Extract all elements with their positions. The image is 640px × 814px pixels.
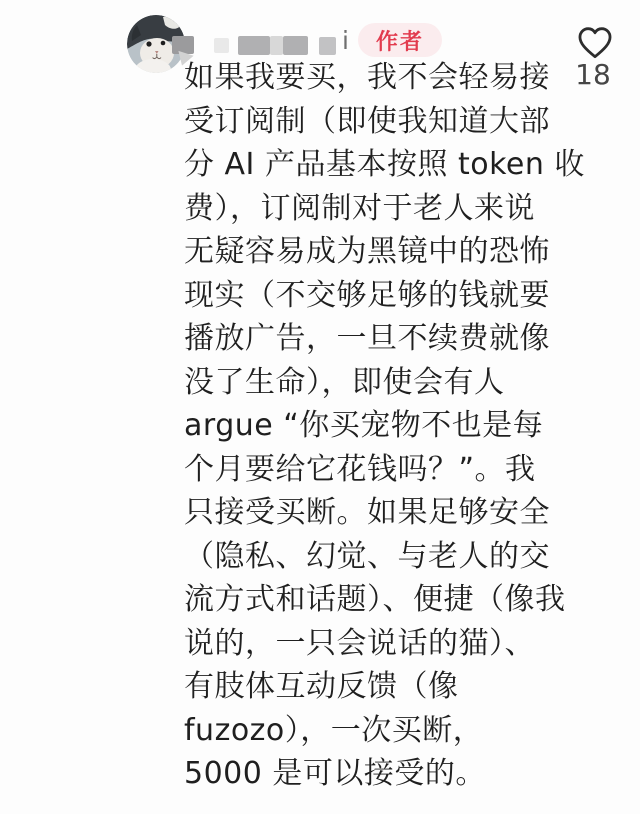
comment-text-line: 受订阅制（即使我知道大部 <box>184 100 574 144</box>
comment-text-line: 有肢体互动反馈（像 <box>184 665 574 709</box>
comment-text-line: 如果我要买，我不会轻易接 <box>184 56 574 100</box>
comment-text-line: fuzozo），一次买断， <box>184 709 574 753</box>
comment-text-line: 5000 是可以接受的。 <box>184 752 574 796</box>
comment-text-line: 流方式和话题）、便捷（像我 <box>184 578 574 622</box>
comment-text-line: 费），订阅制对于老人来说 <box>184 187 574 231</box>
username-visible-text: i <box>342 26 349 55</box>
username-censor-block <box>238 36 270 55</box>
comment-text-line: 播放广告，一旦不续费就像 <box>184 317 574 361</box>
comment-text-line: 现实（不交够足够的钱就要 <box>184 274 574 318</box>
comment-text-line: 分 AI 产品基本按照 token 收 <box>184 143 574 187</box>
comment-text-line: 说的，一只会说话的猫）、 <box>184 622 574 666</box>
comment-text-line: 无疑容易成为黑镜中的恐怖 <box>184 230 574 274</box>
username-censor-block <box>283 36 308 55</box>
author-badge: 作者 <box>358 23 442 57</box>
comment-text-line: （隐私、幻觉、与老人的交 <box>184 535 574 579</box>
comment-text[interactable]: 如果我要买，我不会轻易接 受订阅制（即使我知道大部 分 AI 产品基本按照 to… <box>184 56 574 796</box>
comment-text-line: 没了生命），即使会有人 <box>184 361 574 405</box>
username-censor-block <box>172 36 194 54</box>
comment-text-line: 个月要给它花钱吗？”。我 <box>184 448 574 492</box>
username-censor-block <box>270 36 283 55</box>
comment-screen: i 作者 18 如果我要买，我不会轻易接 受订阅制（即使我知道大部 分 AI 产… <box>0 0 640 814</box>
like-count: 18 <box>566 58 620 91</box>
username-censor-block <box>214 38 229 53</box>
comment-text-line: 只接受买断。如果足够安全 <box>184 491 574 535</box>
heart-icon <box>572 21 618 63</box>
comment-text-line: argue “你买宠物不也是每 <box>184 404 574 448</box>
username-censor-block <box>319 37 336 55</box>
